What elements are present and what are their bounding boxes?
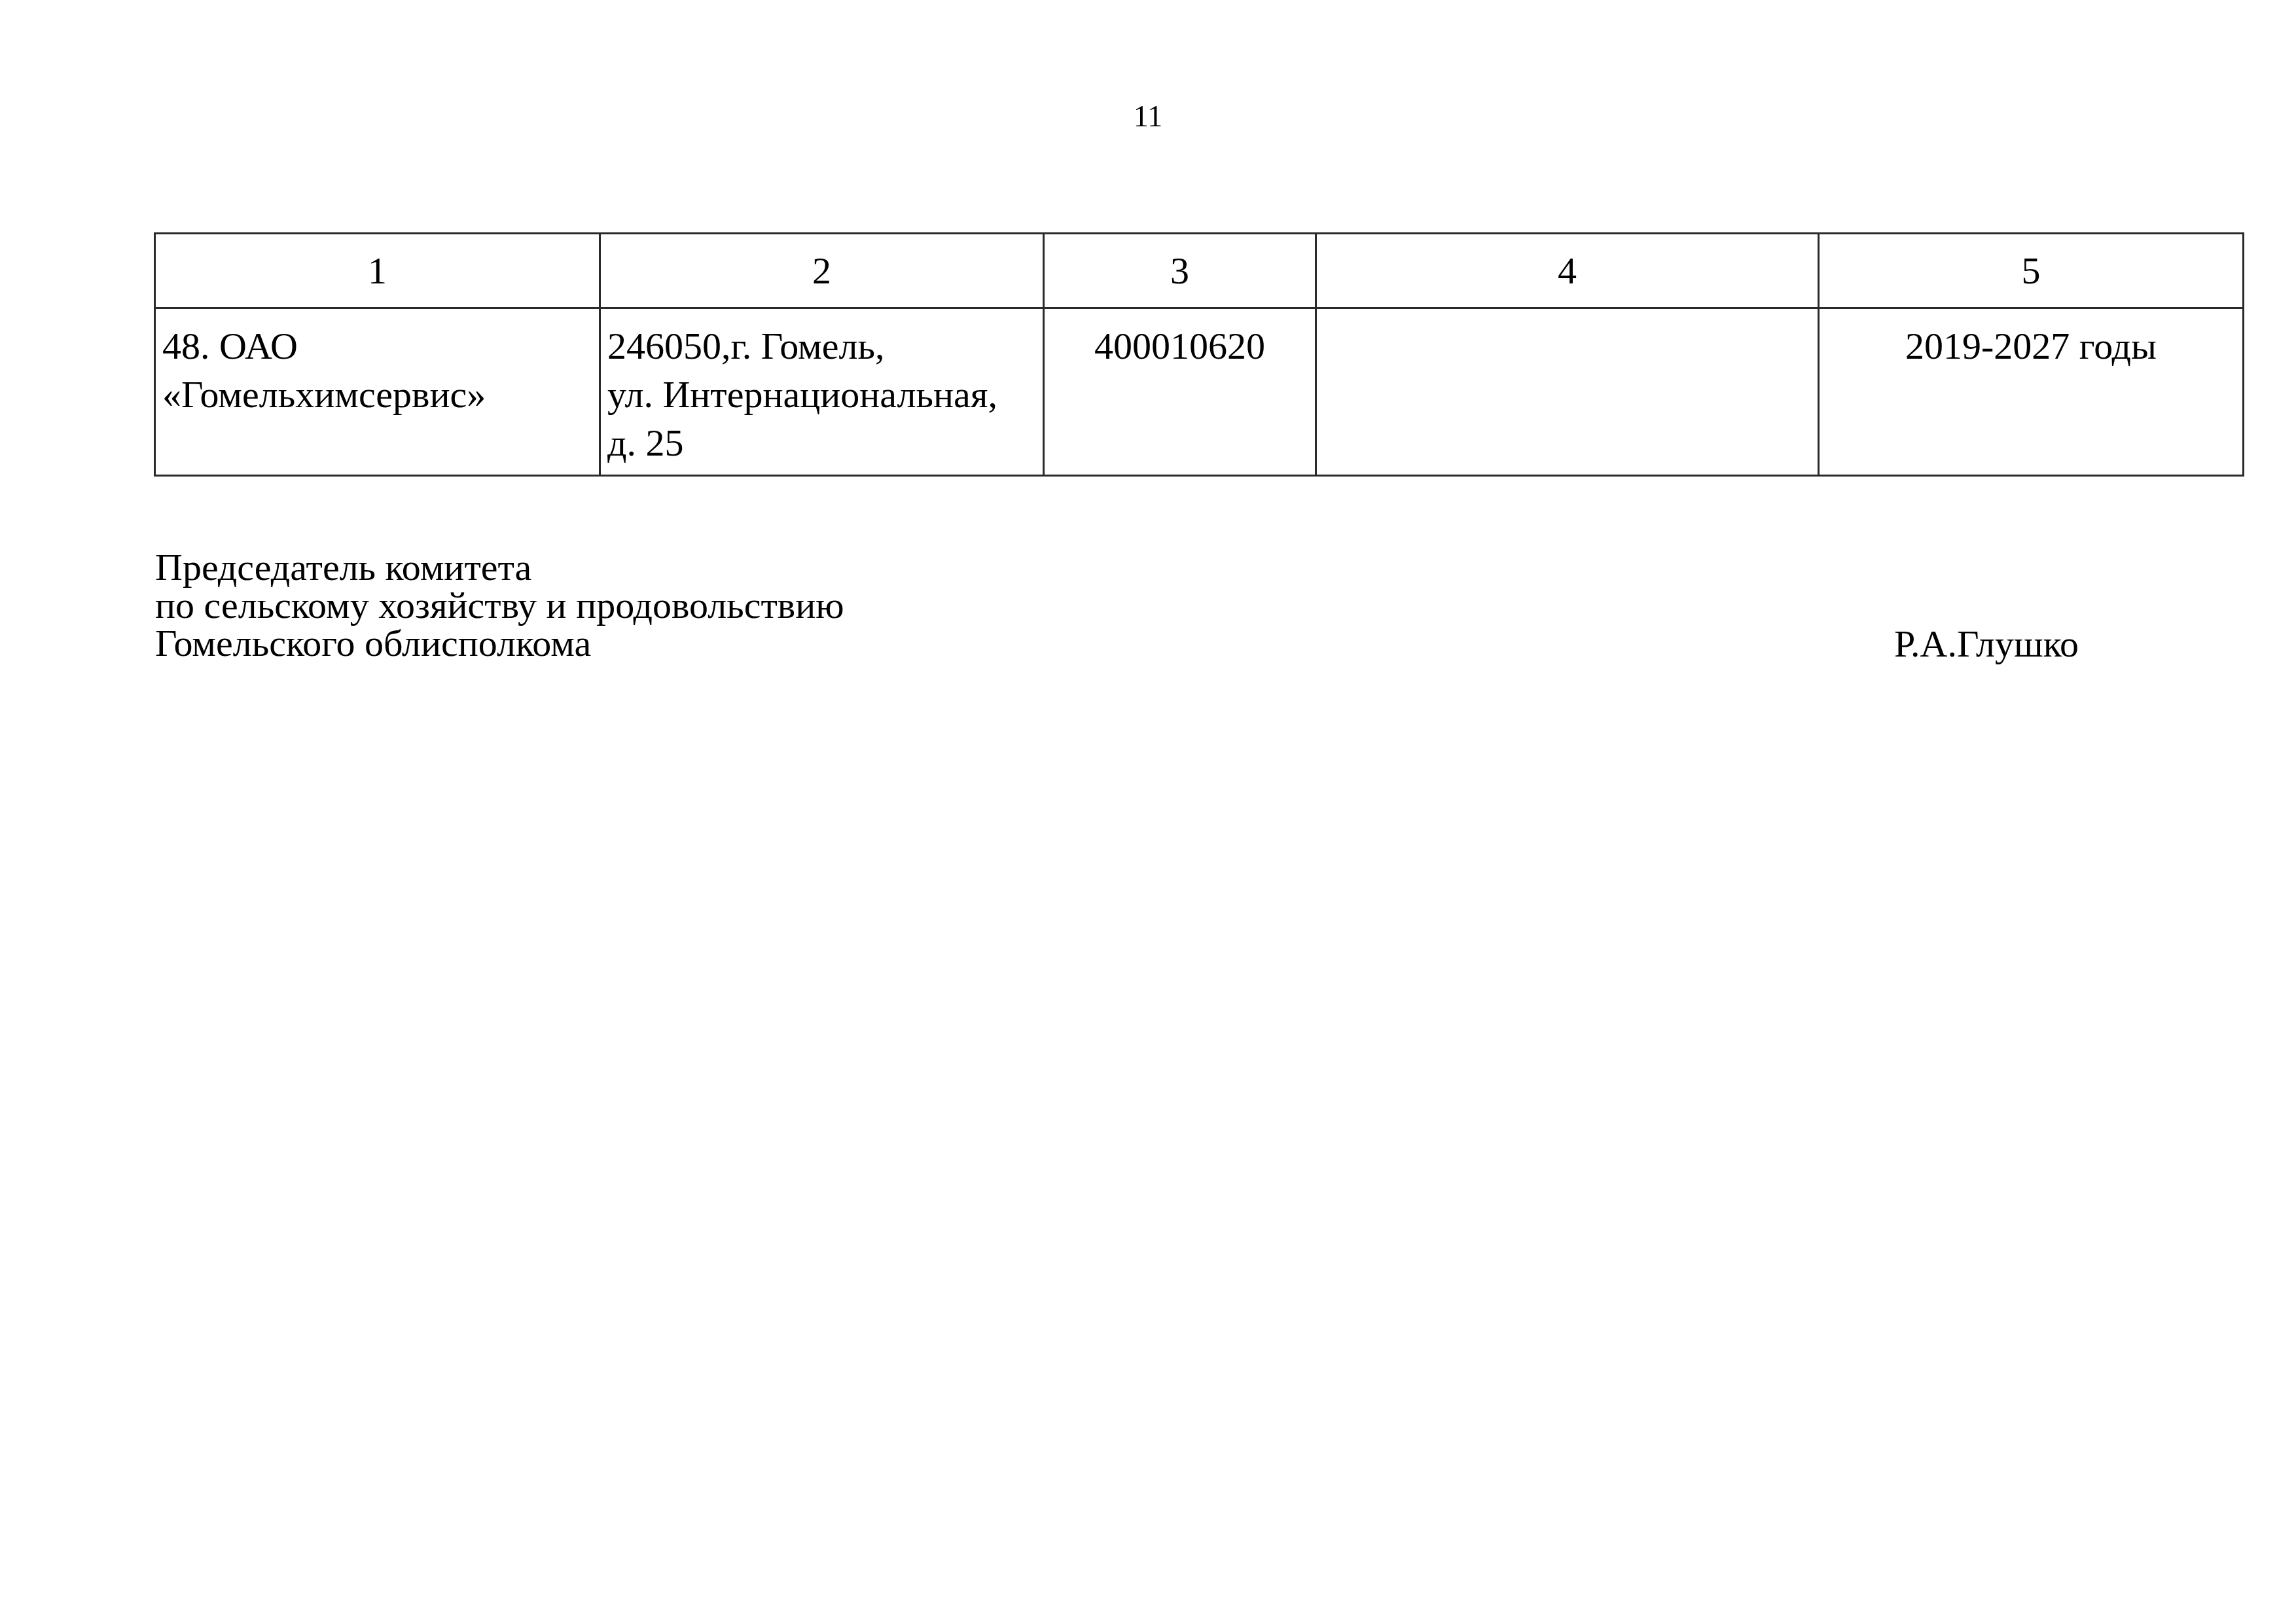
signatory-name: Р.А.Глушко xyxy=(1894,625,2079,663)
page-number: 11 xyxy=(0,98,2296,135)
code-value: 400010620 xyxy=(1045,309,1315,370)
column-header-4: 4 xyxy=(1316,234,1819,308)
column-header-1: 1 xyxy=(155,234,600,308)
signature-position-line-3: Гомельского облисполкома xyxy=(155,624,844,662)
column-header-2: 2 xyxy=(600,234,1044,308)
organizations-table: 1 2 3 4 5 48. ОАО «Гомельхимсервис» 2460… xyxy=(154,232,2244,477)
organization-name-line: «Гомельхимсервис» xyxy=(162,370,594,419)
address-line-city: 246050,г. Гомель, xyxy=(607,322,1037,370)
table-row: 48. ОАО «Гомельхимсервис» 246050,г. Гоме… xyxy=(155,308,2244,476)
signature-position: Председатель комитета по сельскому хозяй… xyxy=(155,549,844,662)
column-header-5: 5 xyxy=(1819,234,2244,308)
address-line-house: д. 25 xyxy=(607,419,1037,467)
table-header-row: 1 2 3 4 5 xyxy=(155,234,2244,308)
code-cell: 400010620 xyxy=(1044,308,1316,476)
column-header-3: 3 xyxy=(1044,234,1316,308)
organization-cell: 48. ОАО «Гомельхимсервис» xyxy=(155,308,600,476)
column-4-cell xyxy=(1316,308,1819,476)
organization-number-line: 48. ОАО xyxy=(162,322,594,370)
period-cell: 2019-2027 годы xyxy=(1819,308,2244,476)
column-4-value xyxy=(1317,309,1818,322)
period-value: 2019-2027 годы xyxy=(1820,309,2242,370)
signature-position-line-2: по сельскому хозяйству и продовольствию xyxy=(155,586,844,624)
signature-position-line-1: Председатель комитета xyxy=(155,549,844,586)
address-cell: 246050,г. Гомель, ул. Интернациональная,… xyxy=(600,308,1044,476)
address-line-street: ул. Интернациональная, xyxy=(607,370,1037,419)
